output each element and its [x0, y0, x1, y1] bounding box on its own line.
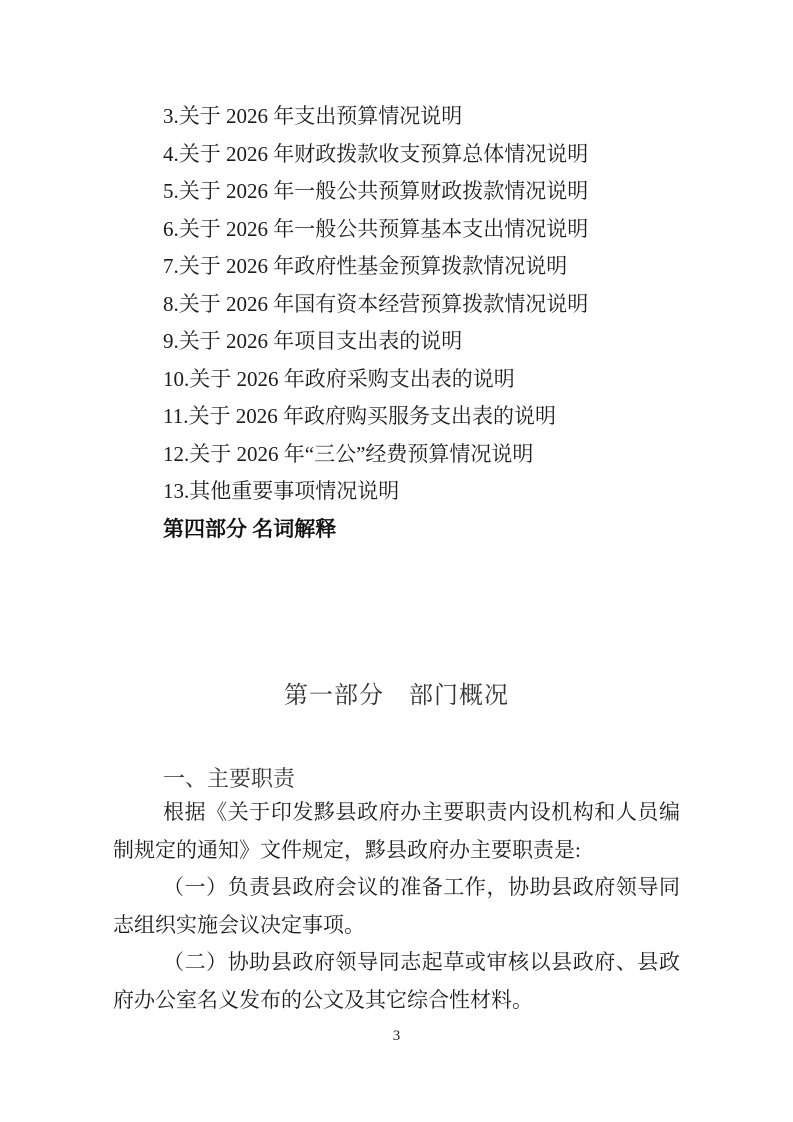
page-number: 3: [0, 1028, 793, 1044]
toc-item: 10.关于 2026 年政府采购支出表的说明: [113, 361, 680, 399]
toc-item: 12.关于 2026 年“三公”经费预算情况说明: [113, 436, 680, 474]
toc-item: 8.关于 2026 年国有资本经营预算拨款情况说明: [113, 286, 680, 324]
toc-item: 4.关于 2026 年财政拨款收支预算总体情况说明: [113, 136, 680, 174]
toc-item: 5.关于 2026 年一般公共预算财政拨款情况说明: [113, 173, 680, 211]
table-of-contents: 3.关于 2026 年支出预算情况说明 4.关于 2026 年财政拨款收支预算总…: [113, 98, 680, 548]
body-paragraph: （一）负责县政府会议的准备工作，协助县政府领导同志组织实施会议决定事项。: [113, 869, 680, 944]
toc-item: 3.关于 2026 年支出预算情况说明: [113, 98, 680, 136]
section-body: 根据《关于印发黟县政府办主要职责内设机构和人员编制规定的通知》文件规定，黟县政府…: [113, 794, 680, 1020]
subsection-title: 一、主要职责: [113, 760, 680, 798]
toc-item: 6.关于 2026 年一般公共预算基本支出情况说明: [113, 211, 680, 249]
toc-part4-heading: 第四部分 名词解释: [113, 511, 680, 549]
body-paragraph: 根据《关于印发黟县政府办主要职责内设机构和人员编制规定的通知》文件规定，黟县政府…: [113, 794, 680, 869]
toc-item: 7.关于 2026 年政府性基金预算拨款情况说明: [113, 248, 680, 286]
body-paragraph: （二）协助县政府领导同志起草或审核以县政府、县政府办公室名义发布的公文及其它综合…: [113, 944, 680, 1019]
toc-item: 13.其他重要事项情况说明: [113, 473, 680, 511]
section-title: 第一部分 部门概况: [113, 682, 680, 710]
toc-item: 11.关于 2026 年政府购买服务支出表的说明: [113, 398, 680, 436]
document-page: 3.关于 2026 年支出预算情况说明 4.关于 2026 年财政拨款收支预算总…: [0, 0, 793, 1122]
toc-item: 9.关于 2026 年项目支出表的说明: [113, 323, 680, 361]
